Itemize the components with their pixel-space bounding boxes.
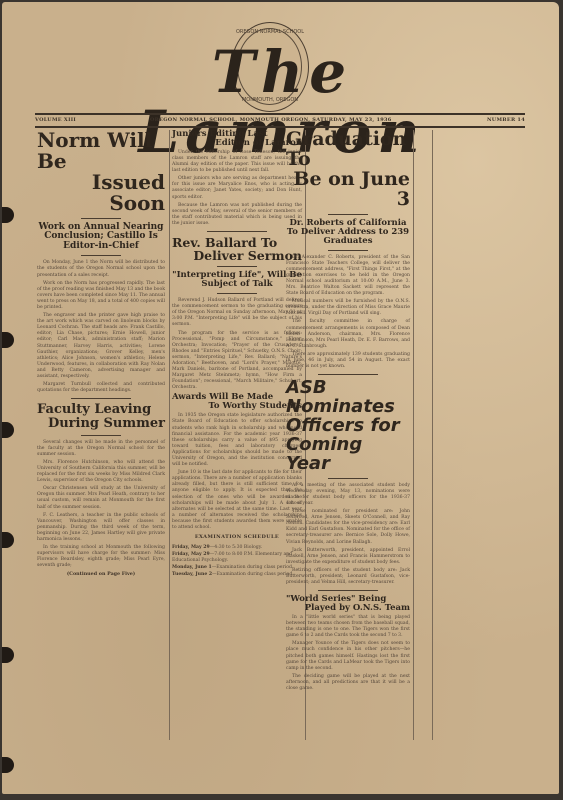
paragraph: The program for the service is as follow… xyxy=(172,331,302,392)
paragraph: The engraver and the printer gave high p… xyxy=(37,313,165,380)
subheadline: Work on Annual Nearing Conclusion; Casti… xyxy=(37,223,165,251)
issue-number: NUMBER 14 xyxy=(487,117,525,123)
paragraph: On Monday, June 1 the Norm will be distr… xyxy=(37,260,165,278)
masthead: OREGON NORMAL SCHOOL MONMOUTH, OREGON Th… xyxy=(2,22,559,107)
schedule-item: Friday, May 29—4:30 to 5:30 Biology. xyxy=(172,545,302,551)
article-faculty: Faculty Leaving During Summer Several ch… xyxy=(37,403,165,577)
paragraph: The deciding game will be played at the … xyxy=(286,674,410,692)
headline: During Summer xyxy=(37,417,165,431)
binding-hole xyxy=(2,757,14,773)
paragraph: Musical numbers will be furnished by the… xyxy=(286,299,410,317)
seal-top-text: OREGON NORMAL SCHOOL xyxy=(232,29,308,35)
paragraph: In the training school at Monmouth the f… xyxy=(37,545,165,569)
paragraph: Under the editorship of Rose Tolleson, t… xyxy=(172,150,302,174)
article-asb: ASB Nominates Officers for Coming Year A… xyxy=(286,379,410,586)
masthead-rule xyxy=(35,113,525,115)
paragraph: In 1935 the Oregon state legislature aut… xyxy=(172,413,302,468)
paragraph: Margaret Turnbull collected and contribu… xyxy=(37,382,165,394)
headline: Played by O.N.S. Team xyxy=(286,604,410,613)
headline: Faculty Leaving xyxy=(37,403,165,417)
binding-hole xyxy=(2,532,14,548)
binding-edge xyxy=(2,2,12,794)
dateline-center: OREGON NORMAL SCHOOL, MONMOUTH OREGON, S… xyxy=(150,117,392,123)
article-graduation: Graduation To Be on June 3 Dr. Roberts o… xyxy=(286,130,410,370)
subheadline: Dr. Roberts of California To Deliver Add… xyxy=(286,219,410,246)
subheadline: "Interpreting Life", Will Be Subject of … xyxy=(172,271,302,289)
binding-hole xyxy=(2,207,14,223)
paragraph: June 10 is the last date for applicants … xyxy=(172,470,302,531)
paragraph: Mrs. Florence Hutchinson, who will atten… xyxy=(37,460,165,484)
column-3-real: Graduation To Be on June 3 Dr. Roberts o… xyxy=(286,130,410,694)
headline: ASB Nominates xyxy=(286,379,410,417)
schedule-item: Tuesday, June 2—Examination during class… xyxy=(172,572,302,578)
binding-hole xyxy=(2,422,14,438)
article-juniors: Juniors Editing Last Edition of Lamron U… xyxy=(172,130,302,227)
paragraph: F. C. Leathers, a teacher in the public … xyxy=(37,513,165,543)
paragraph: There are approximately 139 students gra… xyxy=(286,352,410,370)
headline: Norm Will Be xyxy=(37,130,165,172)
binding-hole xyxy=(2,332,14,348)
paragraph: Dr. Alexander C. Roberts, president of t… xyxy=(286,255,410,298)
headline: Deliver Sermon xyxy=(172,249,302,262)
paragraph: Manager Younce of the Tigers does not se… xyxy=(286,641,410,671)
schedule-title: EXAMINATION SCHEDULE xyxy=(172,534,302,540)
column-2: Juniors Editing Last Edition of Lamron U… xyxy=(172,130,302,580)
schedule-item: Monday, June 1—Examination during class … xyxy=(172,565,302,571)
headline: Edition of Lamron xyxy=(172,139,302,148)
paragraph: Other juniors who are serving as departm… xyxy=(172,176,302,200)
binding-hole xyxy=(2,647,14,663)
article-world-series: "World Series" Being Played by O.N.S. Te… xyxy=(286,595,410,692)
headline: Be on June 3 xyxy=(286,170,410,210)
paragraph: Because the Lamron was not published dur… xyxy=(172,203,302,227)
paragraph: Several changes will be made in the pers… xyxy=(37,440,165,458)
column-1: Norm Will Be Issued Soon Work on Annual … xyxy=(37,130,165,579)
headline: Coming Year xyxy=(286,436,410,474)
schedule-item: Friday, May 29—7:00 to 8:00 P.M. Element… xyxy=(172,552,302,564)
article-ballard: Rev. Ballard To Deliver Sermon "Interpre… xyxy=(172,236,302,392)
article-norm: Norm Will Be Issued Soon Work on Annual … xyxy=(37,130,165,394)
volume-label: VOLUME XIII xyxy=(35,117,76,123)
paragraph: Retiring officers of the student body ar… xyxy=(286,568,410,586)
headline: Graduation To xyxy=(286,130,410,170)
paragraph: Work on the Norm has progressed rapidly.… xyxy=(37,281,165,311)
paragraph: Jack Butterworth, president, appointed E… xyxy=(286,548,410,566)
paragraph: Those nominated for president are: John … xyxy=(286,509,410,546)
paragraph: In a "little world series" that is being… xyxy=(286,615,410,639)
newspaper-page: OREGON NORMAL SCHOOL MONMOUTH, OREGON Th… xyxy=(2,2,559,794)
paragraph: At a meeting of the associated student b… xyxy=(286,483,410,507)
continued-link[interactable]: (Continued on Page Five) xyxy=(37,571,165,577)
article-awards-worthy: Awards Will Be Made To Worthy Students I… xyxy=(172,393,302,578)
paragraph: The faculty committee in charge of comme… xyxy=(286,319,410,349)
paragraph: Oscar Christensen will study at the Univ… xyxy=(37,486,165,510)
paragraph: Reverend J. Hudson Ballard of Portland w… xyxy=(172,298,302,328)
headline: To Worthy Students xyxy=(172,402,302,411)
headline: Issued Soon xyxy=(37,172,165,214)
